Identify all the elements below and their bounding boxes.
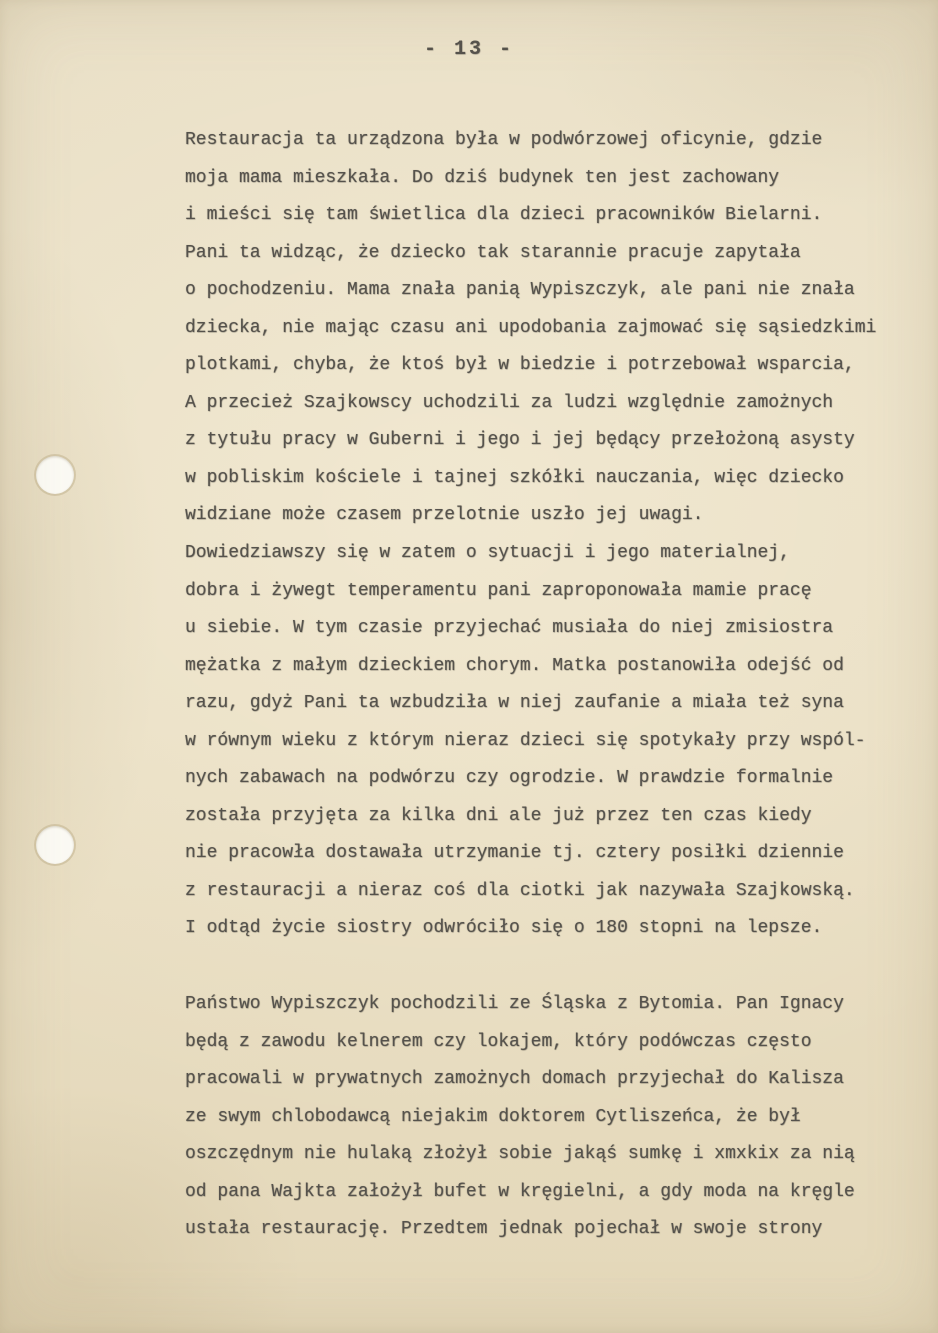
text-line: dobra i żywegt temperamentu pani zapropo…	[185, 573, 885, 611]
text-line: z restauracji a nieraz coś dla ciotki ja…	[185, 873, 885, 911]
text-line: ustała restaurację. Przedtem jednak poje…	[185, 1211, 885, 1249]
text-line: oszczędnym nie hulaką złożył sobie jakąś…	[185, 1136, 885, 1174]
text-line: została przyjęta za kilka dni ale już pr…	[185, 798, 885, 836]
hole-punch	[36, 826, 74, 864]
text-line: o pochodzeniu. Mama znała panią Wypiszcz…	[185, 272, 885, 310]
text-line: dziecka, nie mając czasu ani upodobania …	[185, 310, 885, 348]
text-line: nych zabawach na podwórzu czy ogrodzie. …	[185, 760, 885, 798]
text-line: I odtąd życie siostry odwróciło się o 18…	[185, 910, 885, 948]
text-line: Restauracja ta urządzona była w podwórzo…	[185, 122, 885, 160]
text-line: widziane może czasem przelotnie uszło je…	[185, 497, 885, 535]
text-line: z tytułu pracy w Guberni i jego i jej bę…	[185, 422, 885, 460]
page-number: - 13 -	[0, 38, 938, 61]
text-line: w równym wieku z którym nieraz dzieci si…	[185, 723, 885, 761]
scanned-typewritten-page: - 13 - Restauracja ta urządzona była w p…	[0, 0, 938, 1333]
text-line: moja mama mieszkała. Do dziś budynek ten…	[185, 160, 885, 198]
text-line: razu, gdyż Pani ta wzbudziła w niej zauf…	[185, 685, 885, 723]
text-line: od pana Wajkta założył bufet w kręgielni…	[185, 1174, 885, 1212]
text-line: mężatka z małym dzieckiem chorym. Matka …	[185, 648, 885, 686]
text-line: Dowiedziawszy się w zatem o sytuacji i j…	[185, 535, 885, 573]
text-line: nie pracowła dostawała utrzymanie tj. cz…	[185, 835, 885, 873]
text-line: Państwo Wypiszczyk pochodzili ze Śląska …	[185, 986, 885, 1024]
text-line: plotkami, chyba, że ktoś był w biedzie i…	[185, 347, 885, 385]
text-line: Pani ta widząc, że dziecko tak starannie…	[185, 235, 885, 273]
text-line: u siebie. W tym czasie przyjechać musiał…	[185, 610, 885, 648]
text-line: A przecież Szajkowscy uchodzili za ludzi…	[185, 385, 885, 423]
text-line: i mieści się tam świetlica dla dzieci pr…	[185, 197, 885, 235]
text-line: ze swym chlobodawcą niejakim doktorem Cy…	[185, 1099, 885, 1137]
hole-punch	[36, 456, 74, 494]
paragraph: Restauracja ta urządzona była w podwórzo…	[185, 122, 885, 948]
paragraph: Państwo Wypiszczyk pochodzili ze Śląska …	[185, 986, 885, 1249]
document-body: Restauracja ta urządzona była w podwórzo…	[185, 122, 885, 1249]
text-line: będą z zawodu kelnerem czy lokajem, któr…	[185, 1024, 885, 1062]
text-line: w pobliskim kościele i tajnej szkółki na…	[185, 460, 885, 498]
text-line: pracowali w prywatnych zamożnych domach …	[185, 1061, 885, 1099]
